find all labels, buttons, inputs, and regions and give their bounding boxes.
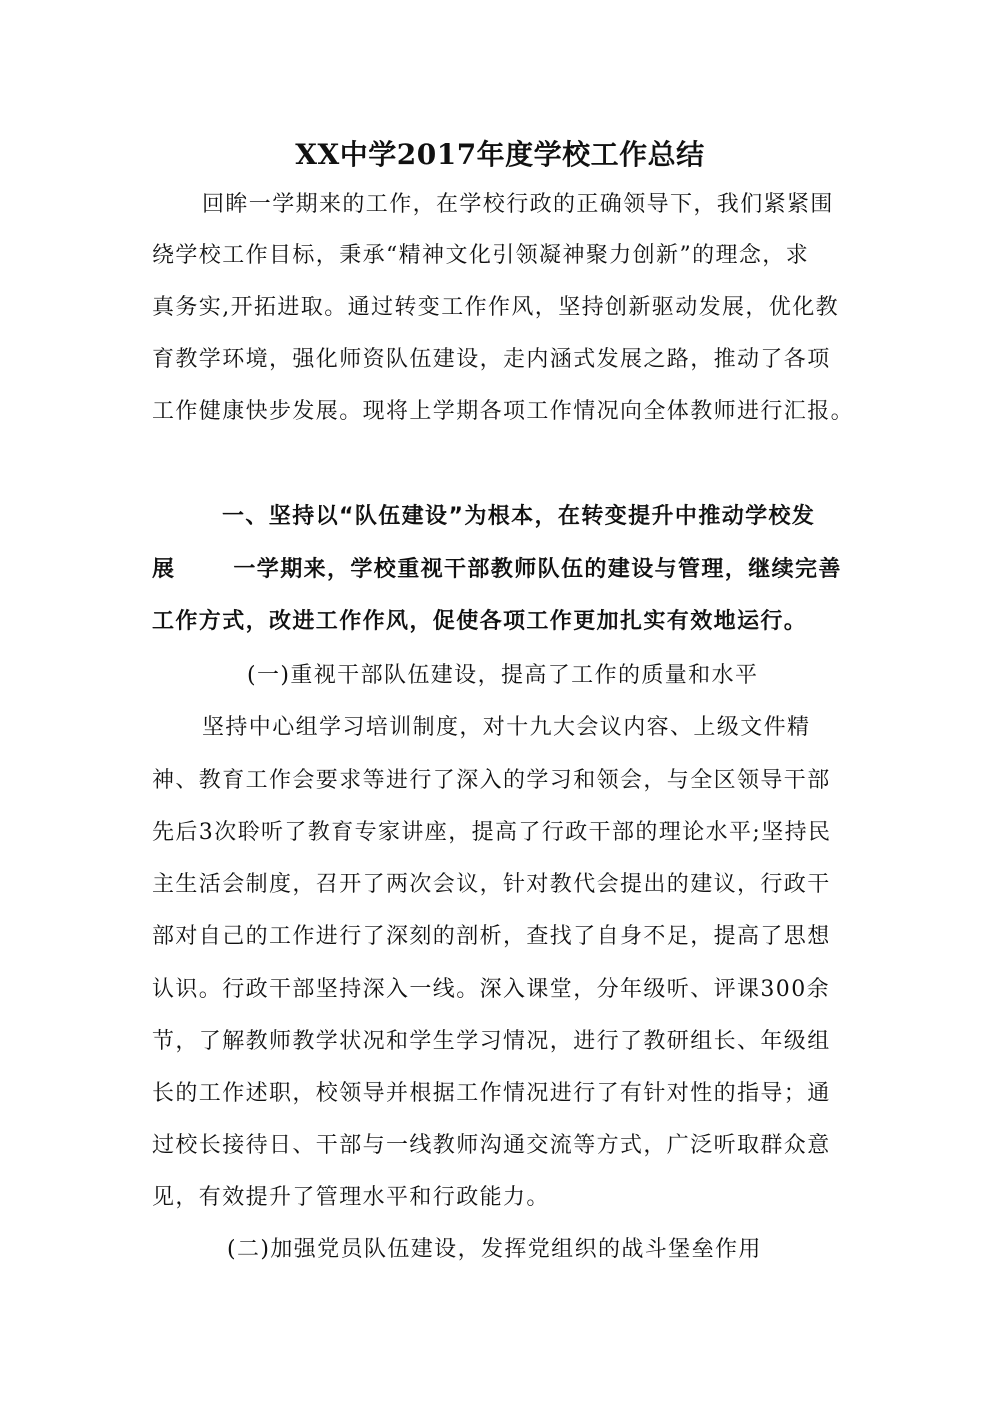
paragraph-line: 部对自己的工作进行了深刻的剖析，查找了自身不足，提高了思想 xyxy=(152,922,852,952)
paragraph-line: 见，有效提升了管理水平和行政能力。 xyxy=(152,1183,852,1213)
paragraph-line: 绕学校工作目标，秉承“精神文化引领凝神聚力创新”的理念，求 xyxy=(152,241,852,271)
paragraph-line: 坚持中心组学习培训制度，对十九大会议内容、上级文件精 xyxy=(202,713,902,743)
paragraph-line: 工作健康快步发展。现将上学期各项工作情况向全体教师进行汇报。 xyxy=(152,397,852,427)
paragraph-line: 认识。行政干部坚持深入一线。深入课堂，分年级听、评课300余 xyxy=(152,975,852,1005)
heading-line-rest: 一学期来，学校重视干部教师队伍的建设与管理，继续完善 xyxy=(233,557,841,582)
heading-line: 工作方式，改进工作作风，促使各项工作更加扎实有效地运行。 xyxy=(152,607,852,637)
subsection-title-1: (一)重视干部队伍建设，提高了工作的质量和水平 xyxy=(247,661,947,691)
document-page: XX中学2017年度学校工作总结 回眸一学期来的工作，在学校行政的正确领导下，我… xyxy=(0,0,1000,1415)
heading-line-start: 展 xyxy=(152,557,175,582)
paragraph-line: 主生活会制度，召开了两次会议，针对教代会提出的建议，行政干 xyxy=(152,870,852,900)
heading-line: 展一学期来，学校重视干部教师队伍的建设与管理，继续完善 xyxy=(152,555,852,585)
paragraph-line: 真务实,开拓进取。通过转变工作作风，坚持创新驱动发展，优化教 xyxy=(152,293,852,323)
document-title: XX中学2017年度学校工作总结 xyxy=(0,138,1000,172)
subsection-title-2: (二)加强党员队伍建设，发挥党组织的战斗堡垒作用 xyxy=(227,1235,927,1265)
paragraph-line: 育教学环境，强化师资队伍建设，走内涵式发展之路，推动了各项 xyxy=(152,345,852,375)
paragraph-line: 神、教育工作会要求等进行了深入的学习和领会，与全区领导干部 xyxy=(152,766,852,796)
paragraph-line: 节，了解教师教学状况和学生学习情况，进行了教研组长、年级组 xyxy=(152,1027,852,1057)
paragraph-line: 先后3次聆听了教育专家讲座，提高了行政干部的理论水平;坚持民 xyxy=(152,818,852,848)
paragraph-line: 回眸一学期来的工作，在学校行政的正确领导下，我们紧紧围 xyxy=(202,190,902,220)
paragraph-line: 过校长接待日、干部与一线教师沟通交流等方式，广泛听取群众意 xyxy=(152,1131,852,1161)
paragraph-line: 长的工作述职，校领导并根据工作情况进行了有针对性的指导；通 xyxy=(152,1079,852,1109)
heading-line: 一、坚持以“队伍建设”为根本，在转变提升中推动学校发 xyxy=(222,502,922,532)
